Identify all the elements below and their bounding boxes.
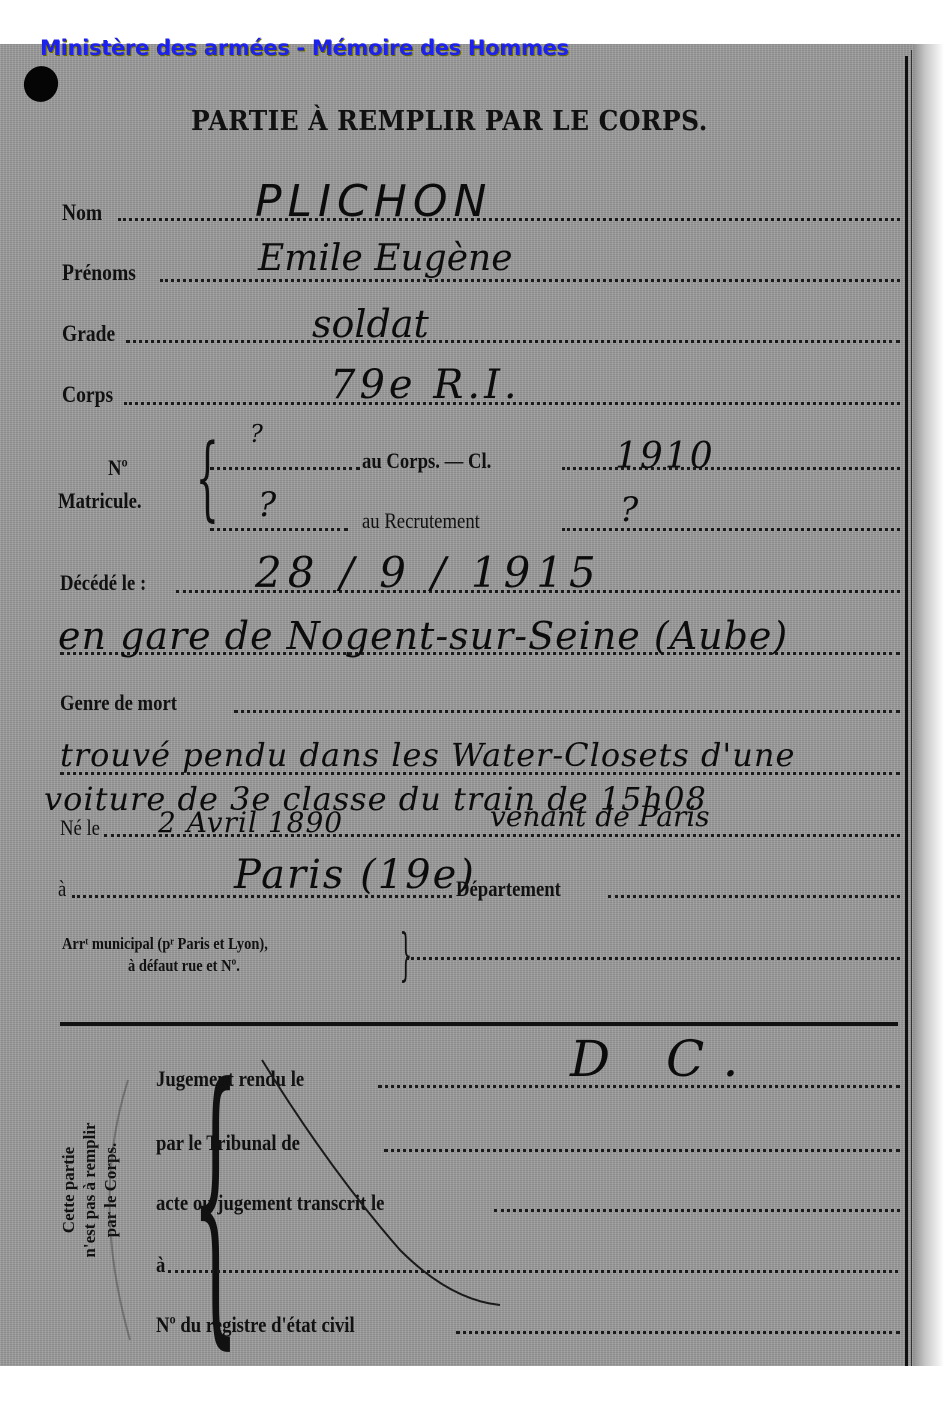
watermark: Ministère des armées - Mémoire des Homme… (40, 36, 569, 60)
strike-through-curve (0, 0, 944, 1417)
